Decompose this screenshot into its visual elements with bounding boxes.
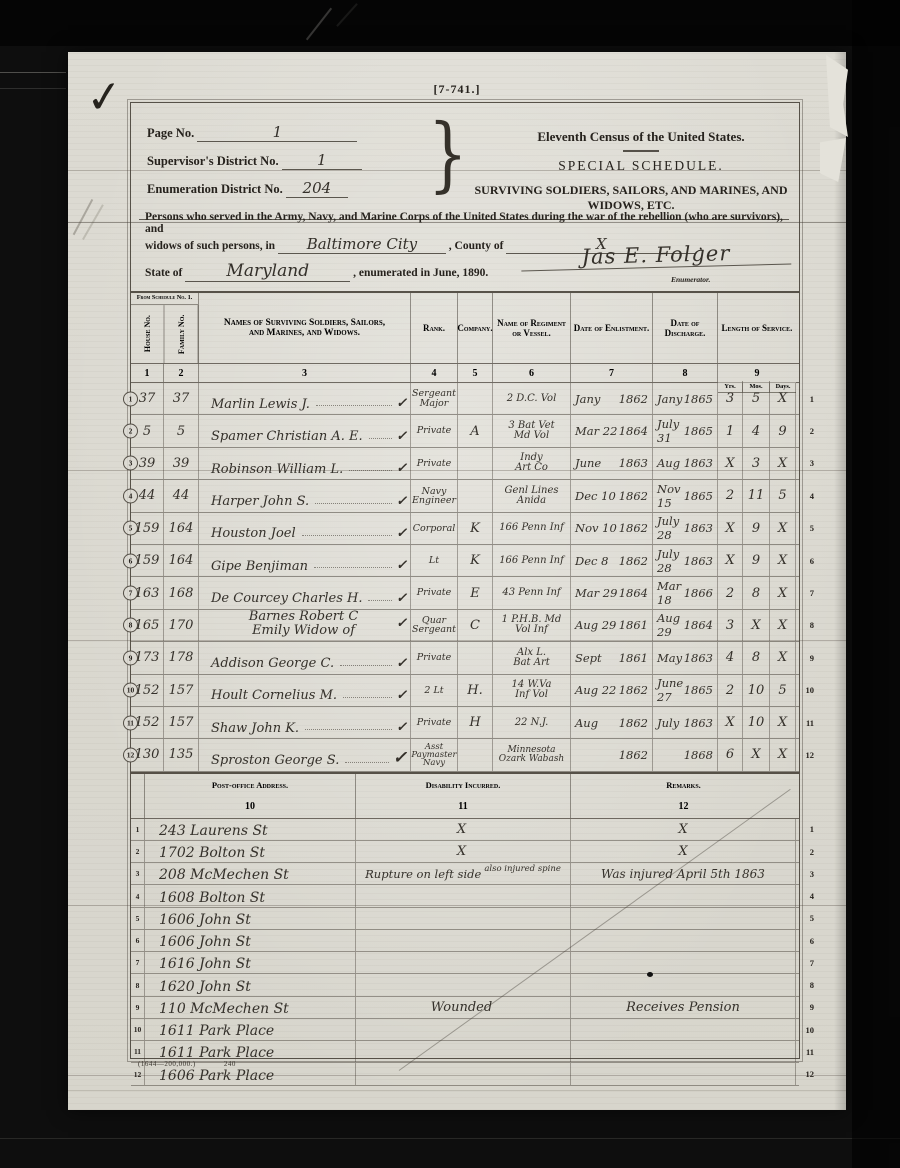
state-blank: Maryland [185,261,350,282]
service-years: X [718,545,743,576]
post-office-address: 243 Laurens St [145,819,356,840]
remarks: X [571,819,796,840]
service-months: X [743,610,770,641]
family-no: 178 [164,642,199,673]
discharge-date: July 281863 [653,545,718,576]
service-months: 9 [743,513,770,544]
enlist-month-day: Aug 29 [575,618,616,632]
row-number-left: 10 [123,683,138,698]
family-no: 157 [164,675,199,706]
city-value: Baltimore City [307,235,417,253]
address-table-header: Post-office Address. Disability Incurred… [131,774,799,796]
row-number-right: 2 [810,426,814,436]
enlistment-date: June1863 [571,448,653,479]
regiment: 14 W.Va Inf Vol [493,675,571,706]
scanned-census-page: ✓ [7-741.] Page No. 1 Supervisor's Distr… [0,0,900,1168]
family-no: 168 [164,577,199,608]
row-number-right: 3 [810,458,814,468]
dotted-leader [345,761,388,763]
intro-in-label: widows of such persons, in [145,240,275,252]
discharge-year: 1865 [684,424,713,438]
row-number-right: 6 [810,556,814,566]
service-days: X [770,739,796,770]
corner-cell [131,774,145,796]
service-months: 11 [743,480,770,511]
paper-sheet: ✓ [7-741.] Page No. 1 Supervisor's Distr… [68,52,846,1110]
post-office-address: 1620 John St [145,974,356,995]
post-office-address: 1702 Bolton St [145,841,356,862]
service-days: X [770,707,796,738]
rank: Navy Engineer [411,480,458,511]
city-blank: Baltimore City [278,235,446,254]
veteran-row: 8 165 170 Barnes Robert C Emily Widow of… [131,610,799,642]
veteran-row: 9 173 178 Addison George C.✓ Private Alx… [131,642,799,674]
post-office-address: 1608 Bolton St [145,885,356,906]
scan-artifact [0,1138,900,1139]
discharge-year: 1865 [684,489,713,503]
enlist-year: 1862 [619,489,648,503]
family-no: 5 [164,415,199,446]
enlist-month-day: Sept [575,651,602,665]
service-years: 3 [718,383,743,414]
name-checkmark: ✓ [396,720,407,735]
supervisors-district-value: 1 [317,151,327,169]
enlist-year: 1862 [619,748,648,762]
discharge-date: Jany1865 [653,383,718,414]
regiment: 43 Penn Inf [493,577,571,608]
ink-blot [647,972,653,977]
divider-rule [623,150,659,152]
disability [356,1041,571,1062]
disability [356,1063,571,1084]
scan-artifact [0,0,900,46]
family-no: 37 [164,383,199,414]
row-number-left: 8 [123,618,138,633]
remarks [571,930,796,951]
col-num-8: 8 [653,364,718,382]
service-months: 10 [743,675,770,706]
remarks [571,974,796,995]
veteran-name: De Courcey Charles H. [211,592,362,606]
veteran-name: Harper John S. [211,495,309,509]
rank: Sergeant Major [411,383,458,414]
discharge-month-day: Nov 15 [657,482,684,510]
veteran-name: Spamer Christian A. E. [211,430,363,444]
enlist-year: 1861 [619,618,648,632]
veteran-row: 12 130 135 Sproston George S.✓ Asst Paym… [131,739,799,771]
veterans-table-header: From Schedule No. 1. House No. Family No… [131,293,799,364]
row-number-right: 12 [806,750,815,760]
name-checkmark: ✓ [396,688,407,703]
enlist-month-day: Jany [575,392,600,406]
service-years: X [718,707,743,738]
service-years: X [718,448,743,479]
enlist-month-day: Aug [575,716,598,730]
remarks [571,1019,796,1040]
scan-artifact [852,0,900,1168]
discharge-date: June 271865 [653,675,718,706]
enumeration-district-label: Enumeration District No. [147,182,283,196]
service-months: 3 [743,448,770,479]
name-checkmark: ✓ [396,494,407,509]
service-years: 2 [718,675,743,706]
dotted-leader [316,404,392,406]
veteran-name-cell: Marlin Lewis J.✓ [199,383,411,414]
enlistment-date: Dec 101862 [571,480,653,511]
post-office-address: 110 McMechen St [145,997,356,1018]
post-office-address: 1606 John St [145,930,356,951]
enlist-year: 1864 [619,586,648,600]
service-months: 8 [743,577,770,608]
discharge-date: Aug1863 [653,448,718,479]
regiment: 3 Bat Vet Md Vol [493,415,571,446]
service-days: 5 [770,675,796,706]
intro-line-3: State of Maryland , enumerated in June, … [145,261,565,282]
rank: Corporal [411,513,458,544]
service-days: X [770,577,796,608]
name-checkmark: ✓ [393,748,407,768]
enlistment-date: Mar 291864 [571,577,653,608]
veteran-name-cell: Robinson William L.✓ [199,448,411,479]
enlistment-date: Aug1862 [571,707,653,738]
enlistment-date: Sept1861 [571,642,653,673]
family-no: 157 [164,707,199,738]
row-number-left: 3 [131,863,145,884]
names-header: Names of Surviving Soldiers, Sailors, an… [199,293,411,363]
row-number-left: 8 [131,974,145,995]
discharge-year: 1866 [684,586,713,600]
schedule-subtitle: SURVIVING SOLDIERS, SAILORS, AND MARINES… [461,183,801,213]
dotted-leader [349,469,392,471]
address-row: 1 243 Laurens St X X 1 [131,819,799,841]
company: H [458,707,493,738]
service-years: 4 [718,642,743,673]
row-number-left: 9 [123,650,138,665]
family-no: 44 [164,480,199,511]
post-office-address: 1616 John St [145,952,356,973]
from-schedule-cell: From Schedule No. 1. House No. Family No… [131,293,199,363]
veteran-name-cell: Sproston George S.✓ [199,739,411,770]
enlistment-date: Nov 101862 [571,513,653,544]
row-number-right: 1 [810,824,814,834]
enlist-month-day: Mar 29 [575,586,617,600]
enlist-month-day: June [575,456,601,470]
disability-note: also injured spine [484,864,561,874]
sheet-number: 240 [224,1060,236,1068]
disability-text: Rupture on left side [365,867,481,881]
address-row: 6 1606 John St 6 [131,930,799,952]
row-number-left: 4 [131,885,145,906]
page-no-label: Page No. [147,126,194,140]
row-number-right: 3 [810,869,814,879]
address-row: 8 1620 John St 8 [131,974,799,996]
discharge-month-day: July 31 [657,417,684,445]
service-years: 3 [718,610,743,641]
corner-cell [131,796,145,818]
page-no-blank: 1 [197,123,357,142]
discharge-month-day: July 28 [657,514,684,542]
name-checkmark: ✓ [396,616,407,631]
veteran-row: 1 37 37 Marlin Lewis J.✓ Sergeant Major … [131,383,799,415]
row-number-right: 12 [806,1069,815,1079]
discharge-month-day: Aug [657,456,680,470]
address-header: Post-office Address. [145,774,356,796]
remarks-header: Remarks. [571,774,796,796]
house-no-header: House No. [131,305,165,363]
schedule-form: Page No. 1 Supervisor's District No. 1 E… [130,102,800,1059]
census-title: Eleventh Census of the United States. [491,129,791,145]
discharge-year: 1868 [684,748,713,762]
enlist-year: 1864 [619,424,648,438]
regiment: Indy Art Co [493,448,571,479]
dotted-leader [315,502,392,504]
form-code: [7-741.] [68,82,846,97]
col-num-2: 2 [164,364,199,382]
col-num-7: 7 [571,364,653,382]
pencil-scribble [73,199,93,235]
post-office-address: 1606 John St [145,908,356,929]
scan-artifact [0,88,66,89]
enlist-month-day: Dec 10 [575,489,616,503]
dotted-leader [368,599,392,601]
rank: Asst Paymaster Navy [411,739,458,770]
dotted-leader [343,696,392,698]
col-num-3: 3 [199,364,411,382]
enumeration-district-blank: 204 [286,179,348,198]
row-number-left: 5 [123,521,138,536]
discharge-month-day: June 27 [657,676,684,704]
disability-text: X [457,844,466,859]
veteran-name: Barnes Robert C Emily Widow of [211,610,396,637]
remarks: X [571,841,796,862]
service-years: X [718,513,743,544]
service-days: X [770,383,796,414]
service-days: X [770,448,796,479]
discharge-date: Nov 151865 [653,480,718,511]
schedule-title: SPECIAL SCHEDULE. [491,158,791,174]
row-number-right: 4 [810,891,814,901]
regiment: 22 N.J. [493,707,571,738]
row-number-left: 4 [123,488,138,503]
name-checkmark: ✓ [396,396,407,411]
rank: Private [411,448,458,479]
enumeration-district-line: Enumeration District No. 204 [147,179,348,198]
address-row: 9 110 McMechen St Wounded Receives Pensi… [131,997,799,1019]
company: H. [458,675,493,706]
veteran-name-cell: Addison George C.✓ [199,642,411,673]
address-row: 5 1606 John St 5 [131,908,799,930]
veterans-table: From Schedule No. 1. House No. Family No… [131,291,799,772]
stray-strike-line [139,219,789,220]
disability [356,974,571,995]
discharge-year: 1863 [684,716,713,730]
row-number-left: 2 [131,841,145,862]
service-months: 4 [743,415,770,446]
veteran-name: Marlin Lewis J. [211,398,310,412]
disability: Wounded [356,997,571,1018]
regiment: 1 P.H.B. Md Vol Inf [493,610,571,641]
disability [356,1019,571,1040]
row-number-left: 7 [131,952,145,973]
veteran-row: 11 152 157 Shaw John K.✓ Private H 22 N.… [131,707,799,739]
disability [356,930,571,951]
discharge-date: Mar 181866 [653,577,718,608]
service-years: 2 [718,577,743,608]
disability: Rupture on left sidealso injured spine [356,863,571,884]
company [458,448,493,479]
disability [356,908,571,929]
col-num-4: 4 [411,364,458,382]
row-number-left: 3 [123,456,138,471]
row-number-left: 1 [131,819,145,840]
scan-streak [68,1090,846,1091]
enlist-year: 1861 [619,651,648,665]
rank: Lt [411,545,458,576]
rank: Private [411,415,458,446]
family-no: 170 [164,610,199,641]
company [458,739,493,770]
row-number-right: 6 [810,936,814,946]
remarks [571,1063,796,1084]
discharge-year: 1864 [684,618,713,632]
veteran-name: Hoult Cornelius M. [211,689,337,703]
enlistment-header: Date of Enlistment. [571,293,653,363]
veteran-name: Robinson William L. [211,463,343,477]
family-no: 135 [164,739,199,770]
veteran-name-cell: Hoult Cornelius M.✓ [199,675,411,706]
supervisors-district-blank: 1 [282,151,362,170]
print-code-text: (1644—200,000.) [138,1060,196,1068]
row-number-right: 1 [810,394,814,404]
veteran-name-cell: Houston Joel✓ [199,513,411,544]
name-checkmark: ✓ [396,461,407,476]
discharge-month-day: Mar 18 [657,579,684,607]
disability: X [356,819,571,840]
veteran-row: 5 159 164 Houston Joel✓ Corporal K 166 P… [131,513,799,545]
disability-text: X [457,822,466,837]
rank: Quar Sergeant [411,610,458,641]
disability [356,885,571,906]
state-value: Maryland [226,261,309,281]
veteran-row: 7 163 168 De Courcey Charles H.✓ Private… [131,577,799,609]
family-no: 164 [164,513,199,544]
row-number-right: 10 [806,685,815,695]
enumeration-district-value: 204 [303,179,332,197]
dotted-leader [369,437,392,439]
name-checkmark: ✓ [396,526,407,541]
remarks [571,952,796,973]
enlistment-date: Mar 221864 [571,415,653,446]
regiment: 166 Penn Inf [493,513,571,544]
discharge-month-day: Jany [657,392,682,406]
company [458,642,493,673]
veteran-row: 4 44 44 Harper John S.✓ Navy Engineer Ge… [131,480,799,512]
row-number-right: 5 [810,913,814,923]
enlist-year: 1863 [619,456,648,470]
address-row: 4 1608 Bolton St 4 [131,885,799,907]
row-number-right: 9 [810,653,814,663]
name-checkmark: ✓ [396,429,407,444]
row-number-left: 2 [123,424,138,439]
veteran-name-cell: Barnes Robert C Emily Widow of✓ [199,610,411,641]
row-number-right: 5 [810,523,814,533]
service-years: 6 [718,739,743,770]
company [458,383,493,414]
dotted-leader [302,534,392,536]
veteran-name: Shaw John K. [211,722,299,736]
veteran-name: Addison George C. [211,657,334,671]
regiment: Alx L. Bat Art [493,642,571,673]
col-num-9: 9 [718,364,796,382]
checkmark-annotation: ✓ [83,70,125,125]
veteran-row: 2 5 5 Spamer Christian A. E.✓ Private A … [131,415,799,447]
row-number-left: 6 [131,930,145,951]
remarks [571,1041,796,1062]
discharge-date: July 311865 [653,415,718,446]
veteran-row: 10 152 157 Hoult Cornelius M.✓ 2 Lt H. 1… [131,675,799,707]
veteran-name-cell: Gipe Benjiman✓ [199,545,411,576]
remarks [571,885,796,906]
discharge-date: 1868 [653,739,718,770]
veteran-name: Houston Joel [211,527,296,541]
veteran-row: 3 39 39 Robinson William L.✓ Private Ind… [131,448,799,480]
address-row: 2 1702 Bolton St X X 2 [131,841,799,863]
service-months: 10 [743,707,770,738]
column-number-row: 1 2 3 4 5 6 7 8 9 [131,364,799,383]
print-code: (1644—200,000.) 240 [138,1060,236,1068]
enlistment-date: Dec 81862 [571,545,653,576]
rank: Private [411,642,458,673]
discharge-year: 1863 [684,554,713,568]
enumerated-label: , enumerated in June, 1890. [353,267,488,279]
row-number-left: 11 [123,715,138,730]
discharge-date: July1863 [653,707,718,738]
discharge-month-day: July [657,716,679,730]
veteran-name-cell: De Courcey Charles H.✓ [199,577,411,608]
veteran-name: Sproston George S. [211,754,339,768]
row-number-right: 9 [810,1002,814,1012]
enlistment-date: Aug 221862 [571,675,653,706]
enlist-year: 1862 [619,683,648,697]
row-number-right: 7 [810,588,814,598]
discharge-date: July 281863 [653,513,718,544]
veteran-name-cell: Spamer Christian A. E.✓ [199,415,411,446]
discharge-year: 1863 [684,456,713,470]
regiment: 2 D.C. Vol [493,383,571,414]
form-header: Page No. 1 Supervisor's District No. 1 E… [131,103,799,291]
enlist-month-day: Mar 22 [575,424,617,438]
service-years: 2 [718,480,743,511]
discharge-year: 1865 [684,683,713,697]
remarks [571,908,796,929]
row-number-left: 12 [123,747,138,762]
company [458,480,493,511]
address-table: Post-office Address. Disability Incurred… [131,772,799,1086]
col-num-12: 12 [571,796,796,818]
row-number-left: 9 [131,997,145,1018]
page-no-line: Page No. 1 [147,123,357,142]
company-header: Company. [458,293,493,363]
address-row: 7 1616 John St 7 [131,952,799,974]
discharge-year: 1863 [684,651,713,665]
service-days: X [770,545,796,576]
service-days: 5 [770,480,796,511]
disability [356,952,571,973]
enlist-month-day: Nov 10 [575,521,617,535]
company: K [458,545,493,576]
dotted-leader [305,728,392,730]
discharge-month-day: July 28 [657,547,684,575]
